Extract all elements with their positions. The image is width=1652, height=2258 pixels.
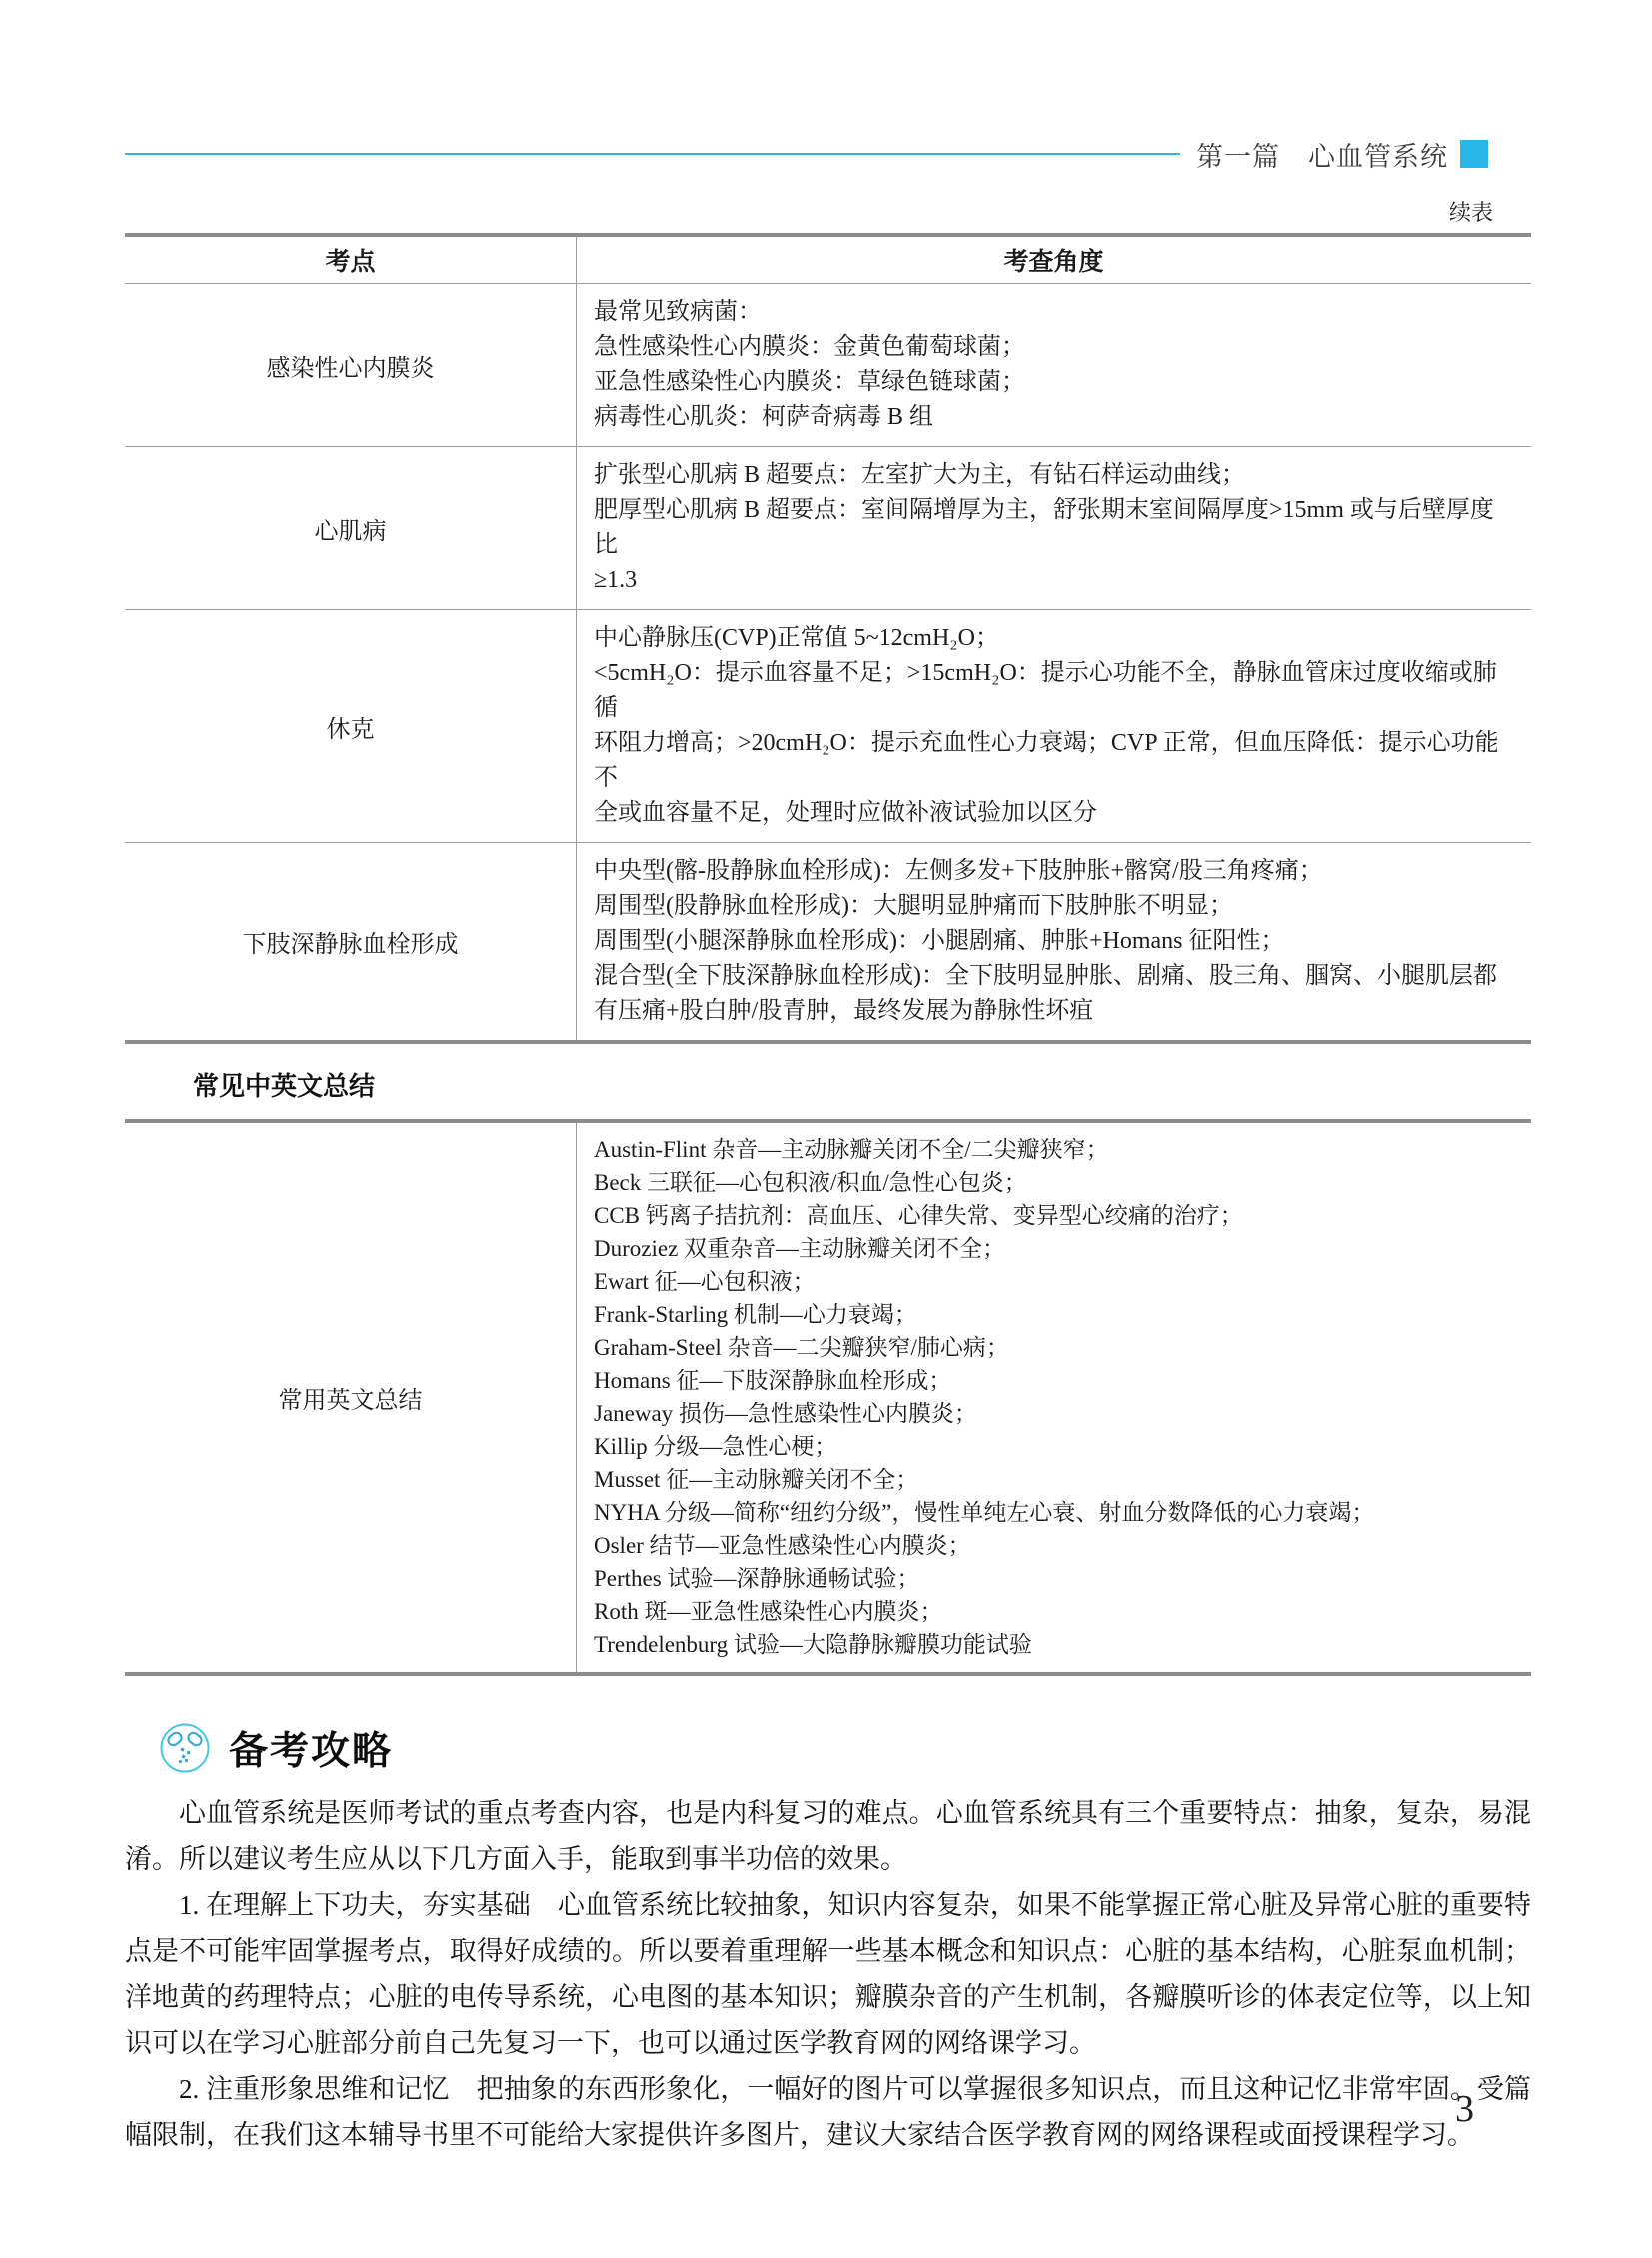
table-row: 心肌病 扩张型心肌病 B 超要点：左室扩大为主，有钻石样运动曲线； 肥厚型心肌病… <box>125 446 1531 609</box>
table-line: <5cmH₂O：提示血容量不足；>15cmH₂O：提示心功能不全，静脉血管床过度… <box>594 656 1517 726</box>
topic-cell: 感染性心内膜炎 <box>125 284 577 446</box>
exam-points-table: 考点 考查角度 感染性心内膜炎 最常见致病菌： 急性感染性心内膜炎：金黄色葡萄球… <box>125 233 1531 1044</box>
topic-cell: 下肢深静脉血栓形成 <box>125 843 577 1040</box>
table-line: Janeway 损伤—急性感染性心内膜炎； <box>594 1397 1517 1430</box>
table-col-header-angle: 考查角度 <box>577 237 1531 283</box>
table-line: 有压痛+股白肿/股青肿，最终发展为静脉性坏疽 <box>594 994 1517 1029</box>
table-row: 感染性心内膜炎 最常见致病菌： 急性感染性心内膜炎：金黄色葡萄球菌； 亚急性感染… <box>125 283 1531 446</box>
angle-cell: 中央型(髂-股静脉血栓形成)：左侧多发+下肢肿胀+髂窝/股三角疼痛； 周围型(股… <box>577 843 1531 1040</box>
table-line: 全或血容量不足，处理时应做补液试验加以区分 <box>594 796 1517 831</box>
table-line: Ewart 征—心包积液； <box>594 1265 1517 1298</box>
english-summary-cell: Austin-Flint 杂音—主动脉瓣关闭不全/二尖瓣狭窄； Beck 三联征… <box>577 1123 1531 1672</box>
strategy-body: 心血管系统是医师考试的重点考查内容，也是内科复习的难点。心血管系统具有三个重要特… <box>125 1790 1531 2158</box>
topic-cell: 常用英文总结 <box>125 1123 577 1672</box>
summary-heading: 常见中英文总结 <box>193 1066 1531 1103</box>
table-line: Roth 斑—亚急性感染性心内膜炎； <box>594 1595 1517 1628</box>
table-line: Graham-Steel 杂音—二尖瓣狭窄/肺心病； <box>594 1331 1517 1364</box>
accent-square <box>1460 140 1488 168</box>
book-page: 第一篇 心血管系统 续表 考点 考查角度 感染性心内膜炎 最常见致病菌： 急性感… <box>0 0 1652 2258</box>
strategy-paragraph: 1. 在理解上下功夫，夯实基础 心血管系统比较抽象，知识内容复杂，如果不能掌握正… <box>125 1882 1531 2066</box>
table-header-row: 考点 考查角度 <box>125 237 1531 283</box>
page-content: 第一篇 心血管系统 续表 考点 考查角度 感染性心内膜炎 最常见致病菌： 急性感… <box>125 0 1531 2158</box>
table-line: Osler 结节—亚急性感染性心内膜炎； <box>594 1529 1517 1562</box>
table-line: 最常见致病菌： <box>594 295 1517 330</box>
table-line: Frank-Starling 机制—心力衰竭； <box>594 1298 1517 1331</box>
page-header: 第一篇 心血管系统 <box>125 138 1531 170</box>
english-summary-table: 常用英文总结 Austin-Flint 杂音—主动脉瓣关闭不全/二尖瓣狭窄； B… <box>125 1119 1531 1676</box>
strategy-paragraph: 2. 注重形象思维和记忆 把抽象的东西形象化，一幅好的图片可以掌握很多知识点，而… <box>125 2066 1531 2158</box>
table-line: 扩张型心肌病 B 超要点：左室扩大为主，有钻石样运动曲线； <box>594 458 1517 493</box>
table-line: CCB 钙离子拮抗剂：高血压、心律失常、变异型心绞痛的治疗； <box>594 1199 1517 1232</box>
table-line: 亚急性感染性心内膜炎：草绿色链球菌； <box>594 365 1517 400</box>
strategy-paragraph: 心血管系统是医师考试的重点考查内容，也是内科复习的难点。心血管系统具有三个重要特… <box>125 1790 1531 1882</box>
table-line: 混合型(全下肢深静脉血栓形成)：全下肢明显肿胀、剧痛、股三角、腘窝、小腿肌层都 <box>594 959 1517 994</box>
page-number: 3 <box>1455 2087 1474 2131</box>
angle-cell: 扩张型心肌病 B 超要点：左室扩大为主，有钻石样运动曲线； 肥厚型心肌病 B 超… <box>577 447 1531 609</box>
table-line: NYHA 分级—简称“纽约分级”，慢性单纯左心衰、射血分数降低的心力衰竭； <box>594 1496 1517 1529</box>
table-line: Musset 征—主动脉瓣关闭不全； <box>594 1463 1517 1496</box>
table-col-header-topic: 考点 <box>125 237 577 283</box>
strategy-section-title: 备考攻略 <box>229 1720 393 1776</box>
continued-table-label: 续表 <box>125 196 1531 227</box>
table-line: 中央型(髂-股静脉血栓形成)：左侧多发+下肢肿胀+髂窝/股三角疼痛； <box>594 854 1517 889</box>
table-line: Austin-Flint 杂音—主动脉瓣关闭不全/二尖瓣狭窄； <box>594 1133 1517 1166</box>
table-line: 周围型(小腿深静脉血栓形成)：小腿剧痛、肿胀+Homans 征阳性； <box>594 924 1517 959</box>
angle-cell: 中心静脉压(CVP)正常值 5~12cmH₂O； <5cmH₂O：提示血容量不足… <box>577 610 1531 842</box>
table-line: 急性感染性心内膜炎：金黄色葡萄球菌； <box>594 330 1517 365</box>
table-line: 周围型(股静脉血栓形成)：大腿明显肿痛而下肢肿胀不明显； <box>594 889 1517 924</box>
header-rule <box>125 153 1180 155</box>
angle-cell: 最常见致病菌： 急性感染性心内膜炎：金黄色葡萄球菌； 亚急性感染性心内膜炎：草绿… <box>577 284 1531 446</box>
table-line: Beck 三联征—心包积液/积血/急性心包炎； <box>594 1166 1517 1199</box>
chapter-title: 第一篇 心血管系统 <box>1196 135 1448 174</box>
table-row: 常用英文总结 Austin-Flint 杂音—主动脉瓣关闭不全/二尖瓣狭窄； B… <box>125 1123 1531 1672</box>
strategy-section-header: 备考攻略 <box>159 1720 1531 1776</box>
table-row: 下肢深静脉血栓形成 中央型(髂-股静脉血栓形成)：左侧多发+下肢肿胀+髂窝/股三… <box>125 842 1531 1040</box>
table-line: ≥1.3 <box>594 563 1517 598</box>
pill-capsule-icon <box>159 1722 211 1774</box>
topic-cell: 休克 <box>125 610 577 842</box>
topic-cell: 心肌病 <box>125 447 577 609</box>
table-line: Duroziez 双重杂音—主动脉瓣关闭不全； <box>594 1232 1517 1265</box>
table-line: Trendelenburg 试验—大隐静脉瓣膜功能试验 <box>594 1628 1517 1661</box>
table-line: 病毒性心肌炎：柯萨奇病毒 B 组 <box>594 400 1517 435</box>
table-line: 中心静脉压(CVP)正常值 5~12cmH₂O； <box>594 621 1517 656</box>
table-row: 休克 中心静脉压(CVP)正常值 5~12cmH₂O； <5cmH₂O：提示血容… <box>125 609 1531 842</box>
table-line: 肥厚型心肌病 B 超要点：室间隔增厚为主，舒张期末室间隔厚度>15mm 或与后壁… <box>594 493 1517 563</box>
table-line: Homans 征—下肢深静脉血栓形成； <box>594 1364 1517 1397</box>
table-line: Perthes 试验—深静脉通畅试验； <box>594 1562 1517 1595</box>
table-line: Killip 分级—急性心梗； <box>594 1430 1517 1463</box>
table-line: 环阻力增高；>20cmH₂O：提示充血性心力衰竭；CVP 正常，但血压降低：提示… <box>594 726 1517 796</box>
